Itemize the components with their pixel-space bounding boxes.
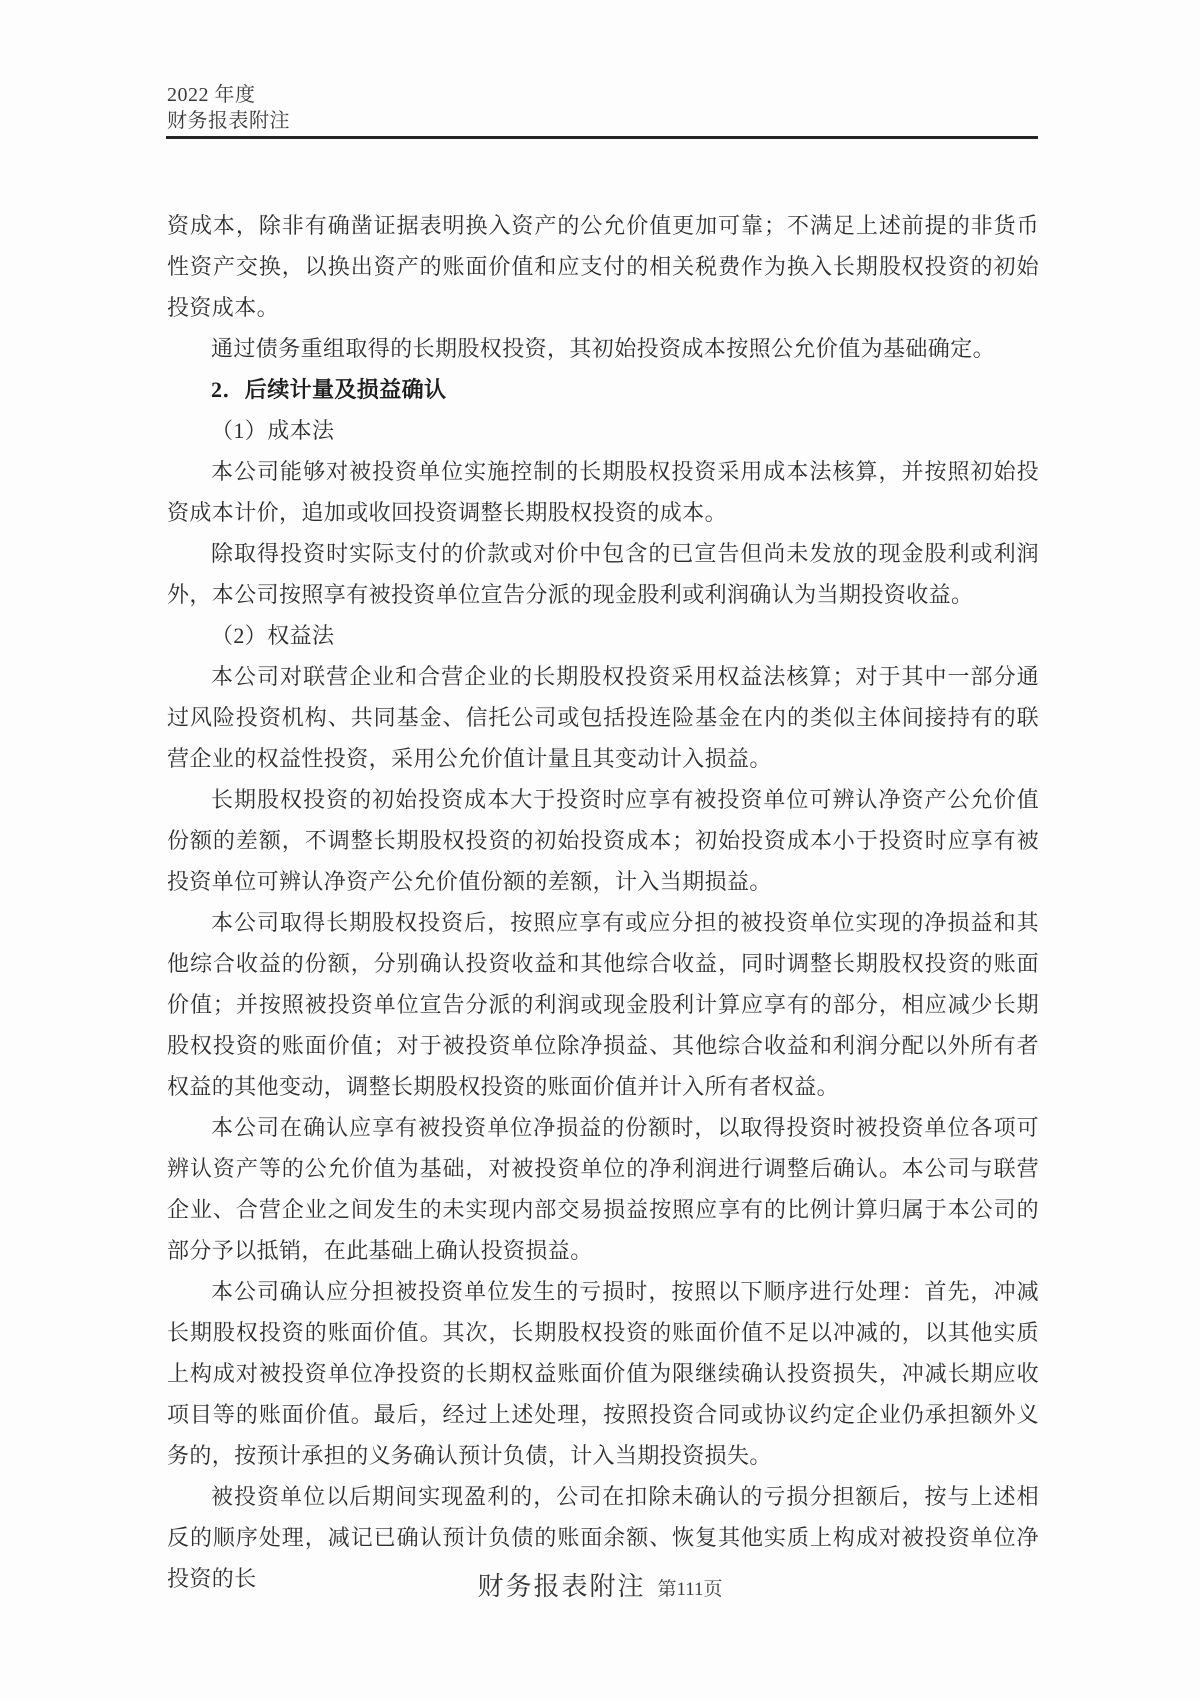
- paragraph: 本公司取得长期股权投资后，按照应享有或应分担的被投资单位实现的净损益和其他综合收…: [167, 902, 1039, 1107]
- paragraph-continuation: 资成本，除非有确凿证据表明换入资产的公允价值更加可靠；不满足上述前提的非货币性资…: [167, 205, 1039, 328]
- header-report-title: 财务报表附注: [167, 108, 290, 134]
- header-rule: [166, 136, 1038, 139]
- footer-title: 财务报表附注: [477, 1572, 645, 1601]
- paragraph: 本公司对联营企业和合营企业的长期股权投资采用权益法核算；对于其中一部分通过风险投…: [167, 656, 1039, 779]
- paragraph: 本公司在确认应享有被投资单位净损益的份额时，以取得投资时被投资单位各项可辨认资产…: [167, 1107, 1039, 1271]
- paragraph: 本公司能够对被投资单位实施控制的长期股权投资采用成本法核算，并按照初始投资成本计…: [167, 451, 1039, 533]
- subsection-label: （2）权益法: [167, 615, 1039, 656]
- paragraph: 本公司确认应分担被投资单位发生的亏损时，按照以下顺序进行处理：首先，冲减长期股权…: [167, 1271, 1039, 1476]
- paragraph: 除取得投资时实际支付的价款或对价中包含的已宣告但尚未发放的现金股利或利润外，本公…: [167, 533, 1039, 615]
- document-body: 资成本，除非有确凿证据表明换入资产的公允价值更加可靠；不满足上述前提的非货币性资…: [167, 205, 1039, 1599]
- paragraph: 通过债务重组取得的长期股权投资，其初始投资成本按照公允价值为基础确定。: [167, 328, 1039, 369]
- document-page: 2022 年度 财务报表附注 资成本，除非有确凿证据表明换入资产的公允价值更加可…: [0, 0, 1200, 1699]
- page-footer: 财务报表附注第111页: [0, 1566, 1200, 1603]
- footer-page-number: 第111页: [657, 1579, 722, 1600]
- section-heading: 2．后续计量及损益确认: [167, 369, 1039, 410]
- page-header: 2022 年度 财务报表附注: [167, 82, 290, 134]
- subsection-label: （1）成本法: [167, 410, 1039, 451]
- paragraph: 长期股权投资的初始投资成本大于投资时应享有被投资单位可辨认净资产公允价值份额的差…: [167, 779, 1039, 902]
- header-year: 2022 年度: [167, 82, 290, 108]
